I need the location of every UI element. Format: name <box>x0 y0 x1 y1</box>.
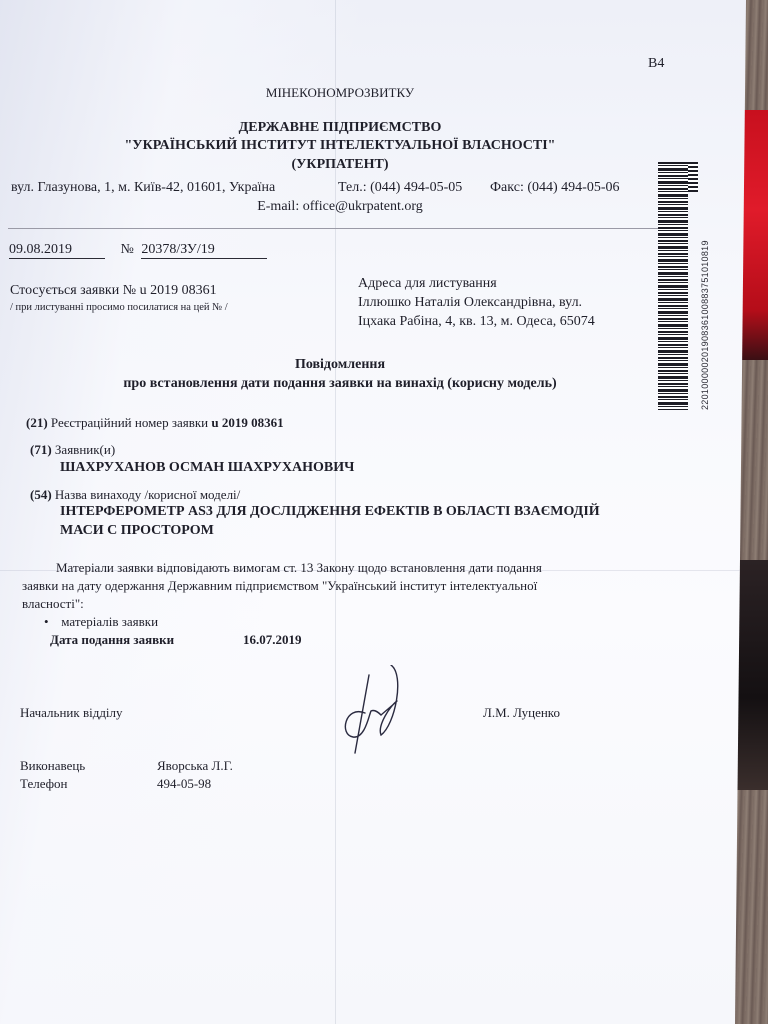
signoff-name: Л.М. Луценко <box>483 705 560 721</box>
org-line-3: (УКРПАТЕНТ) <box>0 157 680 173</box>
signature-icon <box>335 665 415 755</box>
invention-title-line-2: МАСИ С ПРОСТОРОМ <box>60 523 214 539</box>
reference-line: 09.08.2019 № 20378/ЗУ/19 <box>9 242 267 259</box>
header-divider <box>8 228 658 229</box>
mailing-address-label: Адреса для листування <box>358 276 497 292</box>
org-address: вул. Глазунова, 1, м. Київ-42, 01601, Ук… <box>11 180 275 196</box>
regarding-note: / при листуванні просимо посилатися на ц… <box>10 302 228 313</box>
field-54: (54) Назва винаходу /корисної моделі/ <box>30 487 240 503</box>
field-21-value: u 2019 08361 <box>211 415 283 430</box>
ministry-name: МІНЕКОНОМРОЗВИТКУ <box>0 85 680 101</box>
field-71: (71) Заявник(и) <box>30 442 115 458</box>
body-line-3: власності": <box>22 596 84 612</box>
org-line-2: "УКРАЇНСЬКИЙ ІНСТИТУТ ІНТЕЛЕКТУАЛЬНОЇ ВЛ… <box>0 138 680 154</box>
body-line-2: заявки на дату одержання Державним підпр… <box>22 578 537 594</box>
invention-title-line-1: ІНТЕРФЕРОМЕТР AS3 ДЛЯ ДОСЛІДЖЕННЯ ЕФЕКТІ… <box>60 504 600 520</box>
field-71-label: Заявник(и) <box>55 442 115 457</box>
org-phone: Тел.: (044) 494-05-05 <box>338 180 462 196</box>
notice-title: Повідомлення <box>0 357 680 373</box>
field-21-label: Реєстраційний номер заявки <box>51 415 208 430</box>
mailing-address-line-1: Іллюшко Наталія Олександрівна, вул. <box>358 295 582 311</box>
materials-list-text: матеріалів заявки <box>61 614 158 629</box>
field-71-code: (71) <box>30 442 52 457</box>
field-21: (21) Реєстраційний номер заявки u 2019 0… <box>26 415 284 431</box>
shadow-background <box>735 560 768 790</box>
barcode-digits: 22010000020190836100883751010819 <box>700 240 710 410</box>
signoff-role: Начальник відділу <box>20 705 123 721</box>
field-54-label: Назва винаходу /корисної моделі/ <box>55 487 240 502</box>
materials-list-item: • матеріалів заявки <box>44 614 158 630</box>
org-email: E-mail: office@ukrpatent.org <box>0 199 680 215</box>
bullet-icon: • <box>44 614 58 630</box>
notice-subtitle: про встановлення дати подання заявки на … <box>0 376 680 392</box>
corner-code: В4 <box>648 56 664 72</box>
mailing-address-line-2: Іцхака Рабіна, 4, кв. 13, м. Одеса, 6507… <box>358 314 595 330</box>
body-line-1: Матеріали заявки відповідають вимогам ст… <box>56 560 542 576</box>
field-54-code: (54) <box>30 487 52 502</box>
filing-date-label: Дата подання заявки <box>50 632 174 648</box>
executor-label: Виконавець <box>20 758 85 774</box>
reference-number-label: № <box>121 242 134 257</box>
reference-number: 20378/ЗУ/19 <box>141 242 267 259</box>
org-fax: Факс: (044) 494-05-06 <box>490 180 619 196</box>
org-line-1: ДЕРЖАВНЕ ПІДПРИЄМСТВО <box>0 120 680 136</box>
barcode-bars-tail <box>688 162 698 192</box>
executor-name: Яворська Л.Г. <box>157 758 233 774</box>
phone-label: Телефон <box>20 776 68 792</box>
executor-phone: 494-05-98 <box>157 776 211 792</box>
regarding-application: Стосується заявки № u 2019 08361 <box>10 283 217 299</box>
applicant-name: ШАХРУХАНОВ ОСМАН ШАХРУХАНОВИЧ <box>60 460 354 476</box>
document-sheet: В4 МІНЕКОНОМРОЗВИТКУ ДЕРЖАВНЕ ПІДПРИЄМСТ… <box>0 0 746 1024</box>
field-21-code: (21) <box>26 415 48 430</box>
filing-date-value: 16.07.2019 <box>243 632 302 648</box>
reference-date: 09.08.2019 <box>9 242 105 259</box>
